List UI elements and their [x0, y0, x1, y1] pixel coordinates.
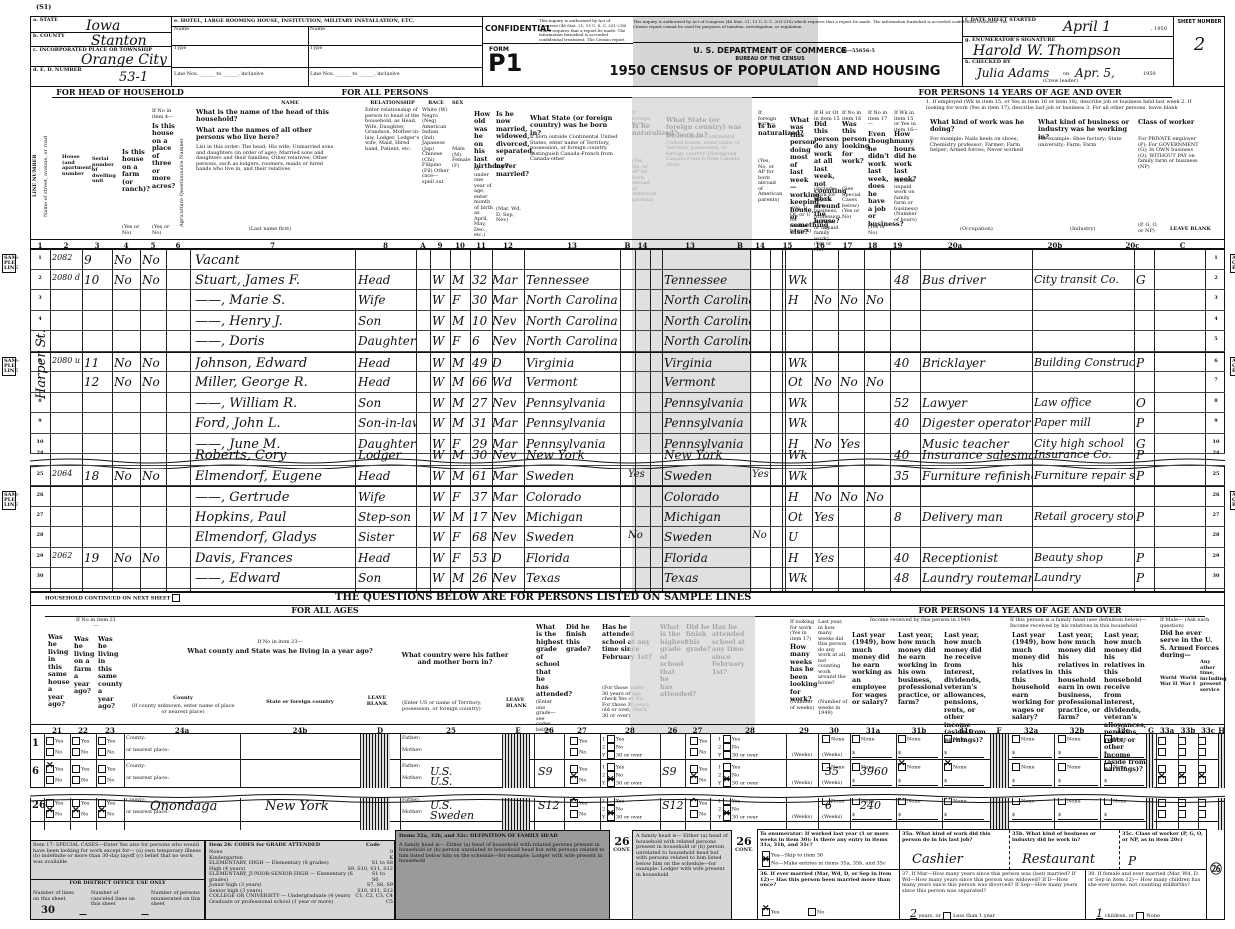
- cell-name[interactable]: ——, Doris: [195, 334, 355, 349]
- cell-occupation[interactable]: Furniture refinisher: [922, 469, 1032, 483]
- cell-industry[interactable]: Building Construction: [1034, 356, 1134, 369]
- table-row[interactable]: 2929206219NoNoDavis, FrancesHeadWF53DFlo…: [30, 548, 1225, 569]
- cell-age[interactable]: 49: [472, 356, 490, 370]
- yes-checkbox[interactable]: [46, 737, 54, 745]
- cell-acres[interactable]: No: [142, 273, 166, 287]
- cell-birthplace[interactable]: Vermont: [526, 375, 618, 389]
- dollar-field[interactable]: $: [1012, 751, 1052, 758]
- cell-serial[interactable]: 10: [84, 273, 110, 287]
- cell-marital[interactable]: D: [492, 551, 522, 565]
- armed-forces-ww2[interactable]: [1158, 737, 1167, 756]
- cell-name[interactable]: Miller, George R.: [195, 375, 355, 390]
- cell-rel[interactable]: Head: [358, 469, 416, 483]
- none-checkbox[interactable]: [944, 763, 952, 771]
- cell-rel[interactable]: Son-in-law: [358, 416, 416, 430]
- dollar-field[interactable]: $: [1058, 751, 1098, 758]
- question-35b[interactable]: 35b. What kind of business or industry d…: [1010, 830, 1120, 870]
- cell-marital[interactable]: Wd: [492, 375, 522, 389]
- cell-birthplace[interactable]: North Carolina: [664, 314, 750, 328]
- cell-house[interactable]: 2080 downstairs: [52, 273, 80, 282]
- income-none-option[interactable]: None: [852, 735, 875, 743]
- income-none-option[interactable]: None: [1058, 735, 1081, 743]
- cell-name[interactable]: Hopkins, Paul: [195, 510, 355, 525]
- cell-activity[interactable]: Ot: [788, 510, 812, 524]
- yes-no-c23[interactable]: YesNo: [98, 765, 115, 784]
- cell-age[interactable]: 30: [472, 448, 490, 462]
- cell-marital[interactable]: Mar: [492, 416, 522, 430]
- table-row[interactable]: 2626SAM- PLE LINEASK QUES. BELOW——, Gert…: [30, 486, 1225, 507]
- cell-activity[interactable]: Ot: [788, 375, 812, 389]
- cell-activity[interactable]: Wk: [788, 469, 812, 483]
- dollar-field[interactable]: $: [898, 779, 938, 786]
- cell-marital[interactable]: Nev: [492, 571, 522, 585]
- cell-birthplace[interactable]: Texas: [664, 571, 750, 585]
- cell-age[interactable]: 31: [472, 416, 490, 430]
- cell-rel[interactable]: Wife: [358, 490, 416, 504]
- no-checkbox[interactable]: [46, 776, 54, 784]
- cell-hasjob[interactable]: No: [866, 490, 890, 504]
- cell-worked[interactable]: No: [814, 490, 840, 504]
- cell-age[interactable]: 37: [472, 490, 490, 504]
- cell-rel[interactable]: Lodger: [358, 448, 416, 462]
- q37-years-value[interactable]: 2: [910, 907, 917, 920]
- cell-looking[interactable]: No: [840, 293, 864, 307]
- q38-none-checkbox[interactable]: [1136, 912, 1144, 920]
- cell-race[interactable]: W: [432, 490, 448, 504]
- table-row[interactable]: 33——, Marie S.WifeWF30MarNorth CarolinaN…: [30, 290, 1225, 311]
- income-none-option[interactable]: None: [898, 735, 921, 743]
- sample-cell-grade[interactable]: S9: [538, 765, 553, 778]
- cell-sex[interactable]: M: [452, 356, 468, 370]
- cell-hasjob[interactable]: No: [866, 375, 890, 389]
- cell-activity[interactable]: Wk: [788, 356, 812, 370]
- cell-hours[interactable]: 40: [894, 356, 918, 370]
- ed-number-field[interactable]: d. E. D. NUMBER 53-1: [31, 67, 171, 85]
- cell-industry[interactable]: Law office: [1034, 396, 1134, 409]
- cell-activity[interactable]: Wk: [788, 273, 812, 287]
- cell-activity[interactable]: Wk: [788, 448, 812, 462]
- dollar-field[interactable]: $: [898, 751, 938, 758]
- cell-hours[interactable]: 8: [894, 510, 918, 524]
- hotel-type-label-2[interactable]: Type: [310, 46, 322, 52]
- place-field[interactable]: c. INCORPORATED PLACE OR TOWNSHIP Orange…: [31, 47, 171, 67]
- cell-birthplace[interactable]: New York: [664, 448, 750, 462]
- no-checkbox[interactable]: [570, 776, 578, 784]
- cell-name[interactable]: Elmendorf, Gladys: [195, 530, 355, 545]
- cell-rel[interactable]: Wife: [358, 293, 416, 307]
- q36-no-option[interactable]: No: [808, 908, 824, 916]
- cell-rel[interactable]: Head: [358, 375, 416, 389]
- cell-hours[interactable]: 48: [894, 571, 918, 585]
- cell-name[interactable]: ——, Henry J.: [195, 314, 355, 329]
- dollar-field[interactable]: $: [1058, 813, 1098, 820]
- cell-industry[interactable]: Furniture repair shop: [1034, 469, 1134, 482]
- cell-worked[interactable]: No: [814, 375, 840, 389]
- cell-name[interactable]: ——, Marie S.: [195, 293, 355, 308]
- cell-rel[interactable]: Head: [358, 273, 416, 287]
- cell-marital[interactable]: Mar: [492, 490, 522, 504]
- sample-cell-grade[interactable]: S9: [662, 765, 677, 778]
- cell-occupation[interactable]: Digester operator: [922, 416, 1032, 430]
- cell-acres[interactable]: No: [142, 551, 166, 565]
- cell-birthplace[interactable]: Vermont: [664, 375, 750, 389]
- armed-forces-other_service[interactable]: [1198, 737, 1207, 756]
- cell-birthplace[interactable]: Sweden: [664, 469, 750, 483]
- cell-cls[interactable]: P: [1136, 469, 1152, 483]
- cell-name[interactable]: Roberts, Cory: [195, 448, 355, 463]
- cell-industry[interactable]: Paper mill: [1034, 416, 1134, 429]
- cell-birthplace[interactable]: Michigan: [664, 510, 750, 524]
- cell-hours[interactable]: 52: [894, 396, 918, 410]
- cell-occupation[interactable]: Bus driver: [922, 273, 1032, 287]
- cell-hasjob[interactable]: No: [866, 293, 890, 307]
- cell-name[interactable]: Stuart, James F.: [195, 273, 355, 288]
- yes-checkbox[interactable]: [98, 765, 106, 773]
- cell-name[interactable]: ——, William R.: [195, 396, 355, 411]
- cell-hours[interactable]: 40: [894, 416, 918, 430]
- cell-sex[interactable]: M: [452, 273, 468, 287]
- finished-grade-overlay[interactable]: YesNo: [690, 765, 707, 784]
- cell-occupation[interactable]: Receptionist: [922, 551, 1032, 565]
- dollar-field[interactable]: $: [1104, 813, 1144, 820]
- cell-age[interactable]: 6: [472, 334, 490, 348]
- cell-natz[interactable]: No: [752, 530, 770, 541]
- no-checkbox[interactable]: [46, 810, 54, 818]
- cell-sex[interactable]: F: [452, 293, 468, 307]
- cell-sex[interactable]: F: [452, 530, 468, 544]
- cell-occupation[interactable]: Bricklayer: [922, 356, 1032, 370]
- finished-grade-overlay[interactable]: YesNo: [690, 737, 707, 756]
- cell-birthplace[interactable]: Sweden: [526, 469, 618, 483]
- none-checkbox[interactable]: [898, 763, 906, 771]
- cell-age[interactable]: 53: [472, 551, 490, 565]
- yes-checkbox[interactable]: [570, 737, 578, 745]
- dollar-field[interactable]: $: [852, 779, 892, 786]
- dollar-field[interactable]: $: [1058, 779, 1098, 786]
- cell-occupation[interactable]: Laundry routeman: [922, 571, 1032, 585]
- cell-farm[interactable]: No: [114, 469, 140, 483]
- table-row[interactable]: 88——, William R.SonWM27NevPennsylvaniaPe…: [30, 393, 1225, 414]
- cell-name[interactable]: Davis, Frances: [195, 551, 355, 566]
- checked-by-field[interactable]: h. CHECKED BY Julia Adams on Apr. 5, 195…: [963, 59, 1173, 86]
- cell-marital[interactable]: Nev: [492, 530, 522, 544]
- cell-house[interactable]: 2080 upstairs: [52, 356, 80, 365]
- cell-birthplace[interactable]: Michigan: [526, 510, 618, 524]
- dollar-field[interactable]: $: [852, 813, 892, 820]
- cell-industry[interactable]: City transit Co.: [1034, 273, 1134, 286]
- table-row[interactable]: 222080 downstairs10NoNoStuart, James F.H…: [30, 270, 1225, 291]
- cell-cls[interactable]: P: [1136, 416, 1152, 430]
- q34-yes-option[interactable]: Yes—Skip to item 36: [758, 851, 899, 859]
- cell-rel[interactable]: Sister: [358, 530, 416, 544]
- cell-name[interactable]: Vacant: [195, 253, 355, 268]
- cell-race[interactable]: W: [432, 530, 448, 544]
- none-checkbox[interactable]: [944, 735, 952, 743]
- cell-birthplace[interactable]: North Carolina: [664, 334, 750, 348]
- cell-hours[interactable]: 35: [894, 469, 918, 483]
- date-started-field[interactable]: f. DATE SHEET STARTED April 1 , 1950: [963, 17, 1173, 37]
- no-checkbox[interactable]: [690, 748, 698, 756]
- attended-school[interactable]: 1 Yes2 NoY 30 or over: [602, 763, 642, 787]
- yes-no-c21[interactable]: YesNo: [46, 737, 63, 756]
- income-none-option[interactable]: None: [944, 763, 967, 771]
- finished-grade[interactable]: YesNo: [570, 765, 587, 784]
- cell-industry[interactable]: Laundry: [1034, 571, 1134, 584]
- cell-activity[interactable]: Wk: [788, 396, 812, 410]
- income-none-option[interactable]: None: [898, 763, 921, 771]
- cell-race[interactable]: W: [432, 334, 448, 348]
- cell-activity[interactable]: H: [788, 293, 812, 307]
- cell-rel[interactable]: Son: [358, 571, 416, 585]
- table-row[interactable]: 99Ford, John L.Son-in-lawWM31MarPennsylv…: [30, 413, 1225, 434]
- table-row[interactable]: 3030——, EdwardSonWM26NevTexasTexasWk48La…: [30, 568, 1225, 589]
- cell-age[interactable]: 32: [472, 273, 490, 287]
- table-row[interactable]: 2424Roberts, CoryLodgerWM30NevNew YorkNe…: [30, 445, 1225, 466]
- no-checkbox[interactable]: [72, 776, 80, 784]
- attended-school-overlay[interactable]: 1 Yes2 NoY 30 or over: [718, 763, 758, 787]
- cell-birthplace[interactable]: Colorado: [664, 490, 750, 504]
- cell-farm[interactable]: No: [114, 356, 140, 370]
- sample-cell-mother[interactable]: U.S.: [430, 775, 452, 788]
- sample-cell-mother[interactable]: Sweden: [430, 809, 474, 822]
- no-checkbox[interactable]: [690, 776, 698, 784]
- no-checkbox[interactable]: [72, 748, 80, 756]
- cell-name[interactable]: Johnson, Edward: [195, 356, 355, 371]
- table-row[interactable]: 44——, Henry J.SonWM10NevNorth CarolinaNo…: [30, 311, 1225, 332]
- yes-checkbox[interactable]: [72, 737, 80, 745]
- armed-forces-ww2[interactable]: [1158, 765, 1167, 784]
- cell-birthplace[interactable]: Florida: [664, 551, 750, 565]
- yes-no-c23[interactable]: YesNo: [98, 737, 115, 756]
- cell-age[interactable]: 66: [472, 375, 490, 389]
- no-checkbox[interactable]: [570, 810, 578, 818]
- cell-farm[interactable]: No: [114, 375, 140, 389]
- cell-house[interactable]: 2062: [52, 551, 80, 560]
- cell-birthplace[interactable]: Texas: [526, 571, 618, 585]
- cell-rel[interactable]: Step-son: [358, 510, 416, 524]
- line-nos-field[interactable]: Line Nos. ______ to ______, inclusive: [174, 72, 264, 78]
- question-35c[interactable]: 35c. Class of worker (P, G, O, or NP, as…: [1120, 830, 1206, 870]
- cell-marital[interactable]: Mar: [492, 273, 522, 287]
- cell-race[interactable]: W: [432, 571, 448, 585]
- cell-occupation[interactable]: Delivery man: [922, 510, 1032, 524]
- dollar-field[interactable]: $: [944, 779, 984, 786]
- none-checkbox[interactable]: [1012, 763, 1020, 771]
- none-checkbox[interactable]: [1104, 735, 1112, 743]
- cell-age[interactable]: 17: [472, 510, 490, 524]
- dollar-field[interactable]: $: [1104, 751, 1144, 758]
- none-checkbox[interactable]: [1104, 763, 1112, 771]
- cell-looking[interactable]: No: [840, 375, 864, 389]
- cell-rel[interactable]: Son: [358, 396, 416, 410]
- cell-serial[interactable]: 19: [84, 551, 110, 565]
- hotel-name-label-2[interactable]: Name: [310, 27, 325, 33]
- cell-farm[interactable]: No: [114, 551, 140, 565]
- none-checkbox[interactable]: [1012, 735, 1020, 743]
- cell-race[interactable]: W: [432, 416, 448, 430]
- none-checkbox[interactable]: [898, 735, 906, 743]
- none-checkbox[interactable]: [1058, 735, 1066, 743]
- cell-birthplace[interactable]: Sweden: [526, 530, 618, 544]
- yes-checkbox[interactable]: [72, 765, 80, 773]
- cell-hours[interactable]: 40: [894, 448, 918, 462]
- household-continued-checkbox[interactable]: [172, 594, 180, 602]
- line-nos-field-2[interactable]: Line Nos. ______ to ______, inclusive: [310, 72, 400, 78]
- cell-occupation[interactable]: Lawyer: [922, 396, 1032, 410]
- cell-cls[interactable]: G: [1136, 273, 1152, 287]
- question-35a[interactable]: 35a. What kind of work did this person d…: [900, 830, 1010, 870]
- cell-age[interactable]: 27: [472, 396, 490, 410]
- cell-natz[interactable]: Yes: [752, 469, 770, 480]
- state-field[interactable]: a. STATE Iowa: [31, 17, 171, 33]
- cell-sex[interactable]: M: [452, 396, 468, 410]
- cell-name[interactable]: Ford, John L.: [195, 416, 355, 431]
- no-checkbox[interactable]: [46, 748, 54, 756]
- cell-birthplace[interactable]: Virginia: [664, 356, 750, 370]
- cell-birthplace[interactable]: Tennessee: [664, 273, 750, 287]
- armed-forces-ww1[interactable]: [1178, 765, 1187, 784]
- cell-house[interactable]: 2082: [52, 253, 80, 262]
- cell-cls[interactable]: P: [1136, 356, 1152, 370]
- q38-children-value[interactable]: 1: [1096, 907, 1103, 920]
- cell-race[interactable]: W: [432, 448, 448, 462]
- cell-race[interactable]: W: [432, 469, 448, 483]
- yes-checkbox[interactable]: [98, 737, 106, 745]
- cell-natz[interactable]: No: [628, 530, 648, 541]
- cell-age[interactable]: 68: [472, 530, 490, 544]
- cell-acres[interactable]: No: [142, 469, 166, 483]
- cell-birthplace[interactable]: Pennsylvania: [664, 396, 750, 410]
- cell-hours[interactable]: 48: [894, 273, 918, 287]
- attended-school[interactable]: 1 Yes2 NoY 30 or over: [602, 735, 642, 759]
- no-checkbox[interactable]: [98, 776, 106, 784]
- cell-cls[interactable]: P: [1136, 448, 1152, 462]
- cell-race[interactable]: W: [432, 314, 448, 328]
- cell-industry[interactable]: Insurance Co.: [1034, 448, 1134, 461]
- q34-no-option[interactable]: No—Make entries in items 35a, 35b, and 3…: [758, 859, 899, 867]
- cell-birthplace[interactable]: North Carolina: [526, 314, 618, 328]
- yes-checkbox[interactable]: [690, 737, 698, 745]
- table-row[interactable]: 2727Hopkins, PaulStep-sonWM17NevMichigan…: [30, 507, 1225, 528]
- cell-birthplace[interactable]: Pennsylvania: [526, 416, 618, 430]
- cell-sex[interactable]: F: [452, 490, 468, 504]
- armed-forces-ww1[interactable]: [1178, 737, 1187, 756]
- cell-birthplace[interactable]: Virginia: [526, 356, 618, 370]
- cell-sex[interactable]: M: [452, 314, 468, 328]
- cell-industry[interactable]: Retail grocery store: [1034, 510, 1134, 523]
- income-none-option[interactable]: None: [944, 735, 967, 743]
- dollar-field[interactable]: $: [1012, 779, 1052, 786]
- hotel-name-label[interactable]: Name: [174, 27, 189, 33]
- cell-farm[interactable]: No: [114, 273, 140, 287]
- yes-no-c22[interactable]: YesNo: [72, 737, 89, 756]
- income-none-option[interactable]: None: [822, 763, 845, 771]
- cell-race[interactable]: W: [432, 293, 448, 307]
- cell-marital[interactable]: Nev: [492, 510, 522, 524]
- yes-no-c22[interactable]: YesNo: [72, 765, 89, 784]
- cell-rel[interactable]: Head: [358, 551, 416, 565]
- cell-activity[interactable]: H: [788, 551, 812, 565]
- cell-sex[interactable]: F: [452, 551, 468, 565]
- cell-birthplace[interactable]: Colorado: [526, 490, 618, 504]
- cell-industry[interactable]: Beauty shop: [1034, 551, 1134, 564]
- q36-yes-option[interactable]: Yes: [762, 908, 779, 916]
- cell-natz[interactable]: Yes: [628, 469, 648, 480]
- cell-birthplace[interactable]: North Carolina: [664, 293, 750, 307]
- no-checkbox[interactable]: [98, 748, 106, 756]
- cell-acres[interactable]: No: [142, 375, 166, 389]
- cell-rel[interactable]: Son: [358, 314, 416, 328]
- cell-activity[interactable]: U: [788, 530, 812, 544]
- attended-school-overlay[interactable]: 1 Yes2 NoY 30 or over: [718, 735, 758, 759]
- income-none-option[interactable]: None: [1104, 735, 1127, 743]
- no-checkbox[interactable]: [690, 810, 698, 818]
- cell-activity[interactable]: H: [788, 490, 812, 504]
- cell-sex[interactable]: M: [452, 416, 468, 430]
- dollar-field[interactable]: $: [944, 813, 984, 820]
- cell-race[interactable]: W: [432, 551, 448, 565]
- cell-marital[interactable]: Nev: [492, 396, 522, 410]
- income-none-option[interactable]: None: [822, 735, 845, 743]
- cell-birthplace[interactable]: Sweden: [664, 530, 750, 544]
- cell-house[interactable]: 2064: [52, 469, 80, 478]
- cell-race[interactable]: W: [432, 273, 448, 287]
- cell-worked[interactable]: Yes: [814, 510, 840, 524]
- dollar-field[interactable]: $: [852, 751, 892, 758]
- dollar-field[interactable]: $: [898, 813, 938, 820]
- cell-birthplace[interactable]: Pennsylvania: [526, 396, 618, 410]
- cell-sex[interactable]: M: [452, 469, 468, 483]
- yes-checkbox[interactable]: [46, 765, 54, 773]
- cell-age[interactable]: 10: [472, 314, 490, 328]
- none-checkbox[interactable]: [852, 763, 860, 771]
- cell-occupation[interactable]: Insurance salesman: [922, 448, 1032, 462]
- sample-row[interactable]: 1YesNoYesNoYesNoCounty:or nearest place:…: [30, 734, 1225, 760]
- cell-looking[interactable]: No: [840, 490, 864, 504]
- q37-less-than-year-checkbox[interactable]: [943, 912, 951, 920]
- cell-cls[interactable]: P: [1136, 551, 1152, 565]
- cell-sex[interactable]: M: [452, 375, 468, 389]
- cell-name[interactable]: ——, Edward: [195, 571, 355, 586]
- cell-marital[interactable]: Mar: [492, 293, 522, 307]
- table-row[interactable]: 11SAM- PLE LINEASK QUES. BELOW20829NoNoV…: [30, 249, 1225, 270]
- cell-birthplace[interactable]: North Carolina: [526, 293, 618, 307]
- cell-birthplace[interactable]: Florida: [526, 551, 618, 565]
- cell-marital[interactable]: Nev: [492, 448, 522, 462]
- cell-serial[interactable]: 18: [84, 469, 110, 483]
- cell-race[interactable]: W: [432, 375, 448, 389]
- cell-name[interactable]: Elmendorf, Eugene: [195, 469, 355, 484]
- cell-sex[interactable]: M: [452, 510, 468, 524]
- none-checkbox[interactable]: [822, 735, 830, 743]
- no-checkbox[interactable]: [570, 748, 578, 756]
- table-row[interactable]: 7712NoNoMiller, George R.HeadWM66WdVermo…: [30, 372, 1225, 393]
- cell-cls[interactable]: P: [1136, 571, 1152, 585]
- income-none-option[interactable]: None: [1104, 763, 1127, 771]
- cell-acres[interactable]: No: [142, 356, 166, 370]
- cell-marital[interactable]: Nev: [492, 334, 522, 348]
- table-row[interactable]: 66SAM- PLE LINEASK QUES. BELOW2080 upsta…: [30, 352, 1225, 373]
- cell-cls[interactable]: O: [1136, 396, 1152, 410]
- county-field[interactable]: b. COUNTY Stanton: [31, 33, 171, 47]
- dollar-field[interactable]: $: [1012, 813, 1052, 820]
- dollar-field[interactable]: $: [944, 751, 984, 758]
- income-none-option[interactable]: None: [852, 763, 875, 771]
- finished-grade[interactable]: YesNo: [570, 737, 587, 756]
- no-checkbox[interactable]: [98, 810, 106, 818]
- no-checkbox[interactable]: [72, 810, 80, 818]
- cell-farm[interactable]: No: [114, 253, 140, 267]
